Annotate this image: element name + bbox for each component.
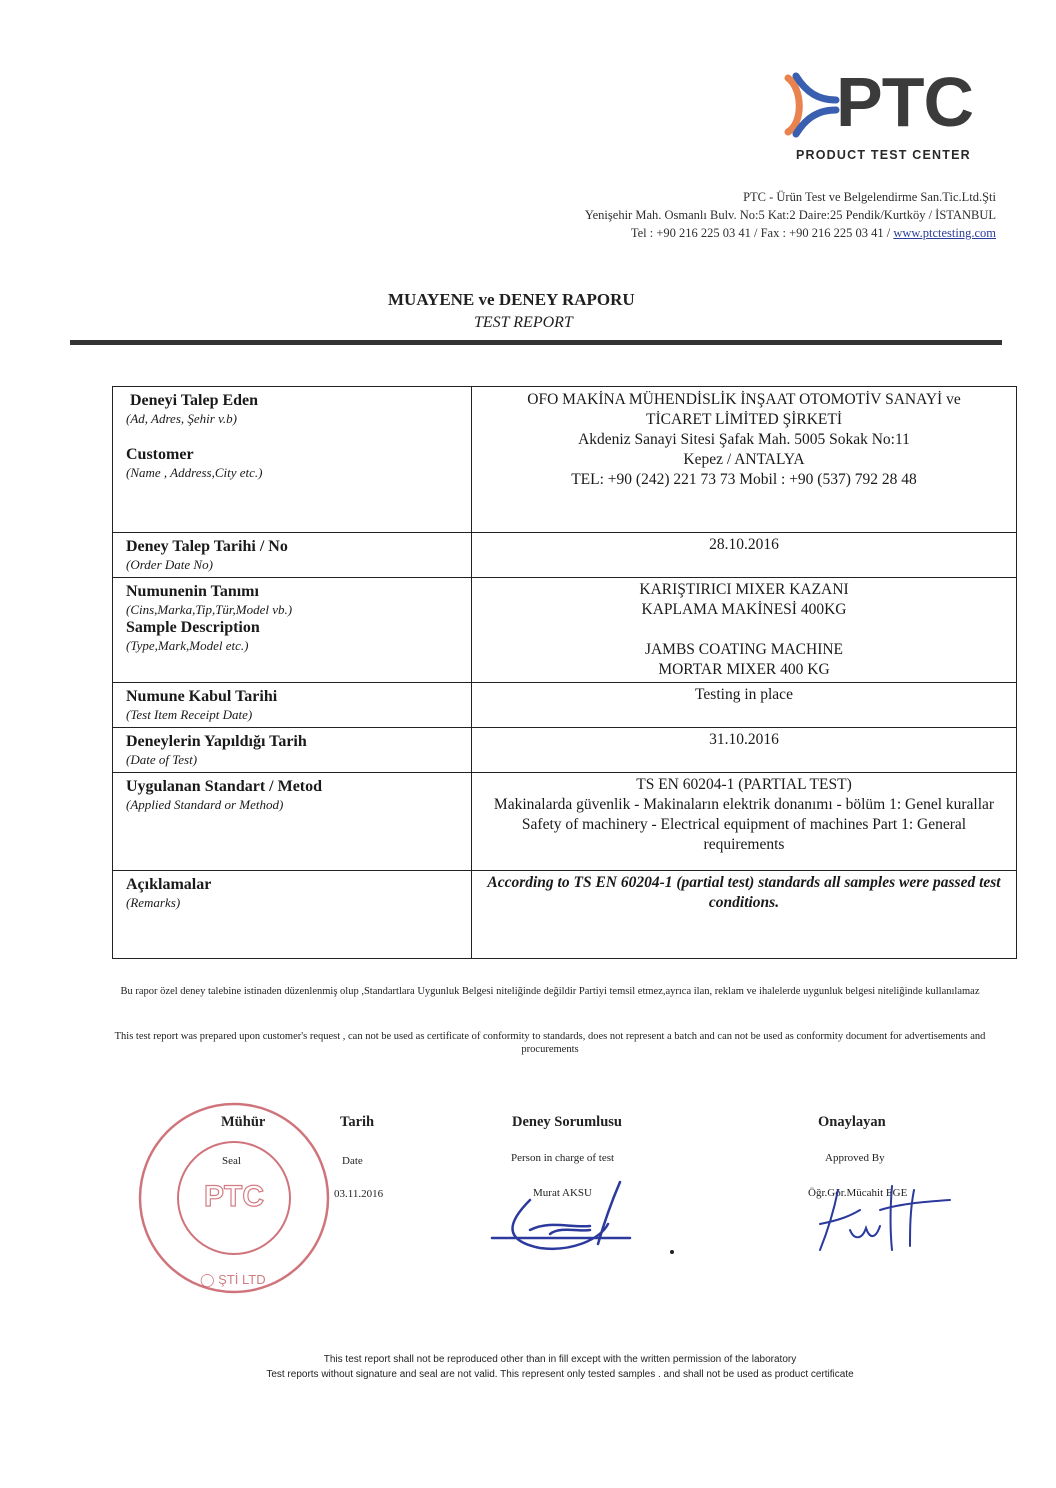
approver-signature-icon	[810, 1180, 960, 1260]
order-row: Deney Talep Tarihi / No (Order Date No) …	[113, 533, 1017, 578]
disclaimer-en: This test report was prepared upon custo…	[110, 1030, 990, 1056]
standard-value: TS EN 60204-1 (PARTIAL TEST) Makinalarda…	[472, 773, 1017, 871]
report-title: MUAYENE ve DENEY RAPORU	[388, 290, 635, 310]
company-address: Yenişehir Mah. Osmanlı Bulv. No:5 Kat:2 …	[585, 206, 996, 224]
order-date-value: 28.10.2016	[472, 533, 1017, 578]
svg-text:◯ ŞTİ LTD: ◯ ŞTİ LTD	[200, 1272, 266, 1288]
approver-sublabel: Approved By	[825, 1152, 885, 1164]
remarks-value: According to TS EN 60204-1 (partial test…	[472, 871, 1017, 959]
disclaimer-tr: Bu rapor özel deney talebine istinaden d…	[110, 985, 990, 998]
date-sublabel: Date	[342, 1155, 363, 1167]
test-date-row: Deneylerin Yapıldığı Tarih (Date of Test…	[113, 728, 1017, 773]
customer-value-cell: OFO MAKİNA MÜHENDİSLİK İNŞAAT OTOMOTİV S…	[472, 387, 1017, 533]
company-info: PTC - Ürün Test ve Belgelendirme San.Tic…	[585, 188, 996, 242]
signature-date: 03.11.2016	[334, 1188, 383, 1200]
logo-subtitle: PRODUCT TEST CENTER	[796, 148, 971, 162]
customer-row: Deneyi Talep Eden (Ad, Adres, Şehir v.b)…	[113, 387, 1017, 533]
date-label: Tarih	[340, 1114, 374, 1131]
logo-text: PTC	[836, 62, 973, 142]
company-website-link[interactable]: www.ptctesting.com	[893, 226, 996, 240]
title-divider	[70, 340, 1002, 345]
ptc-logo: PTC PRODUCT TEST CENTER	[782, 68, 1004, 168]
receipt-date-value: Testing in place	[472, 683, 1017, 728]
tester-signature-icon	[490, 1180, 690, 1260]
company-contact: Tel : +90 216 225 03 41 / Fax : +90 216 …	[585, 224, 996, 242]
footer-line-2: Test reports without signature and seal …	[160, 1369, 960, 1380]
customer-label-cell: Deneyi Talep Eden (Ad, Adres, Şehir v.b)…	[113, 387, 472, 533]
company-name: PTC - Ürün Test ve Belgelendirme San.Tic…	[585, 188, 996, 206]
approver-label: Onaylayan	[818, 1114, 886, 1131]
seal-label: Mühür	[221, 1114, 265, 1131]
sample-description-value: KARIŞTIRICI MIXER KAZANI KAPLAMA MAKİNES…	[472, 578, 1017, 683]
report-subtitle: TEST REPORT	[474, 314, 573, 332]
tester-label: Deney Sorumlusu	[512, 1114, 622, 1131]
footer-line-1: This test report shall not be reproduced…	[160, 1354, 960, 1365]
sample-row: Numunenin Tanımı (Cins,Marka,Tip,Tür,Mod…	[113, 578, 1017, 683]
remarks-row: Açıklamalar (Remarks) According to TS EN…	[113, 871, 1017, 959]
test-date-value: 31.10.2016	[472, 728, 1017, 773]
ptc-logo-mark-icon	[782, 72, 840, 138]
seal-sublabel: Seal	[222, 1155, 241, 1167]
report-table: Deneyi Talep Eden (Ad, Adres, Şehir v.b)…	[112, 386, 1017, 959]
svg-text:PTC: PTC	[204, 1180, 264, 1213]
tester-sublabel: Person in charge of test	[511, 1152, 614, 1164]
standard-row: Uygulanan Standart / Metod (Applied Stan…	[113, 773, 1017, 871]
receipt-row: Numune Kabul Tarihi (Test Item Receipt D…	[113, 683, 1017, 728]
